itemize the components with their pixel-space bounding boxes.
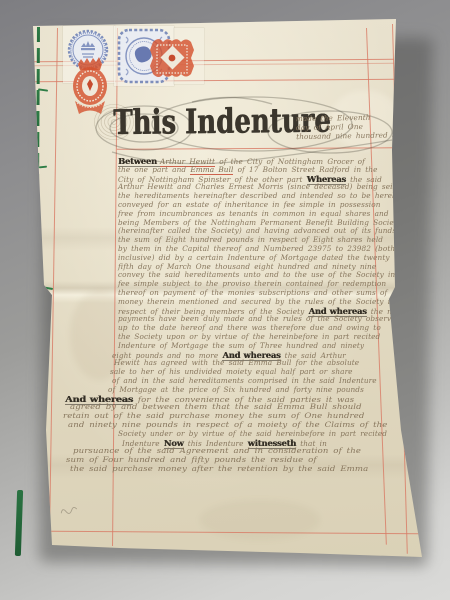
binding-stitch-cross bbox=[38, 88, 48, 92]
manuscript-text: pursuance of the said Agreement and in c… bbox=[73, 446, 361, 455]
manuscript-text: free from incumbrances as tenants in com… bbox=[118, 209, 389, 218]
manuscript-line: of Mortgage at the price of Six hundred … bbox=[108, 386, 418, 395]
manuscript-text: conveyed for an estate of inheritance in… bbox=[118, 200, 381, 209]
red-lace-stamp bbox=[147, 36, 197, 82]
manuscript-text: of 17 Bolton Street Radford in the bbox=[233, 165, 377, 174]
manuscript-text: sum of Four hundred and fifty pounds the… bbox=[66, 455, 317, 464]
manuscript-line: the said purchase money after the retent… bbox=[70, 465, 450, 474]
manuscript-text: convey the said hereditaments unto and t… bbox=[118, 270, 395, 279]
manuscript-text: the sum of Eight hundred pounds in respe… bbox=[118, 235, 383, 244]
manuscript-text: being Members of the Nottingham Permanen… bbox=[118, 218, 401, 227]
binding-stitch-cross bbox=[39, 166, 47, 169]
manuscript-body: Between Arthur Hewitt of the City of Not… bbox=[118, 157, 418, 474]
manuscript-text: thereof on payment of the monies subscri… bbox=[118, 288, 387, 297]
binding-thread-tail bbox=[15, 490, 23, 556]
deed-document: This Indenture made the Eleventhday of A… bbox=[0, 0, 450, 600]
manuscript-text: of Mortgage at the price of Six hundred … bbox=[108, 385, 364, 394]
manuscript-text: (hereinafter called the Society) and hav… bbox=[118, 226, 396, 235]
binding-stitch-thread bbox=[34, 27, 40, 547]
manuscript-text: payments have been duly made and the rul… bbox=[118, 314, 400, 323]
manuscript-text: agreed by and between them that the said… bbox=[70, 402, 362, 411]
manuscript-text: fifth day of March One thousand eight hu… bbox=[118, 262, 376, 271]
manuscript-text: Hewitt has agreed with the said Emma Bul… bbox=[114, 358, 359, 367]
manuscript-text: Arthur Hewitt and Charles Ernest Morris … bbox=[118, 182, 417, 191]
manuscript-text: fee simple subject to the proviso therei… bbox=[118, 279, 386, 288]
manuscript-text: sale to her of his undivided moiety equa… bbox=[110, 367, 353, 376]
manuscript-text: and ninety nine pounds in respect of a m… bbox=[68, 420, 387, 429]
manuscript-line: money therein mentioned and secured by t… bbox=[118, 298, 418, 307]
manuscript-text: inclusive) did by a certain Indenture of… bbox=[118, 253, 390, 262]
manuscript-text: of and in the said hereditaments compris… bbox=[112, 376, 377, 385]
manuscript-text: the hereditaments hereinafter described … bbox=[118, 191, 401, 200]
manuscript-text: the one part and bbox=[118, 165, 190, 174]
manuscript-text: the said purchase money after the retent… bbox=[70, 464, 368, 473]
manuscript-text: up to the date hereof and there was ther… bbox=[118, 323, 381, 332]
manuscript-line: the one part and Emma Bull of 17 Bolton … bbox=[118, 166, 418, 175]
manuscript-text: Indenture of Mortgage the sum of Three h… bbox=[118, 341, 364, 350]
underlined-name: Emma Bull bbox=[190, 165, 233, 175]
manuscript-text: by them in the Capital thereof and Numbe… bbox=[118, 244, 395, 253]
manuscript-text: money therein mentioned and secured by t… bbox=[118, 297, 395, 306]
manuscript-text: the Society upon or by virtue of the her… bbox=[118, 332, 380, 341]
parchment-stain bbox=[200, 500, 320, 540]
manuscript-text: Society under or by virtue of the said h… bbox=[118, 429, 387, 438]
photo-of-indenture-deed: This Indenture made the Eleventhday of A… bbox=[0, 0, 450, 600]
manuscript-text: retain out of the said purchase money th… bbox=[63, 411, 364, 420]
pencil-mark bbox=[59, 503, 81, 520]
